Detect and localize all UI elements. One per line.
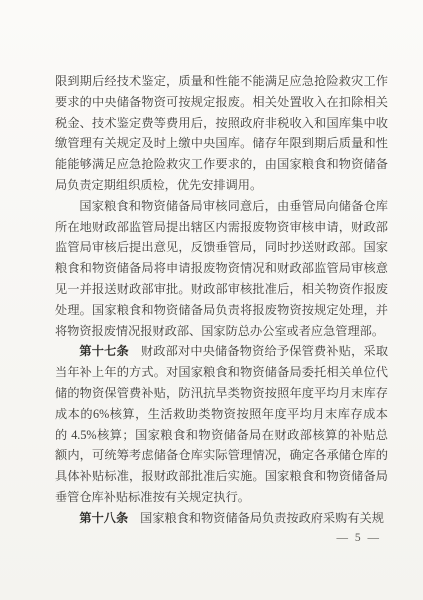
paragraph-text: 限到期后经技术鉴定，质量和性能不能满足应急抢险救灾工作要求的中央储备物资可按规定… [55,74,388,192]
paragraph-continuation: 限到期后经技术鉴定，质量和性能不能满足应急抢险救灾工作要求的中央储备物资可按规定… [55,71,388,196]
paragraph-text: 财政部对中央储备物资给予保管费补贴，采取当年补上年的方式。对国家粮食和物资储备局… [55,344,388,504]
paragraph-text: 国家粮食和物资储备局负责按政府采购有关规 [140,511,384,525]
paragraph-text: 国家粮食和物资储备局审核同意后，由垂管局向储备仓库所在地财政部监管局提出辖区内需… [55,199,388,338]
document-page: 限到期后经技术鉴定，质量和性能不能满足应急抢险救灾工作要求的中央储备物资可按规定… [0,0,423,600]
paragraph-article-18: 第十八条国家粮食和物资储备局负责按政府采购有关规 [55,508,388,529]
document-body-text: 限到期后经技术鉴定，质量和性能不能满足应急抢险救灾工作要求的中央储备物资可按规定… [55,71,388,529]
article-number-label: 第十七条 [79,344,128,358]
paragraph-article-17: 第十七条财政部对中央储备物资给予保管费补贴，采取当年补上年的方式。对国家粮食和物… [55,341,388,507]
article-number-label: 第十八条 [79,511,128,525]
scanned-document-page: { "document": { "paragraphs": [ { "lead"… [0,0,423,600]
page-number: — 5 — [337,532,382,544]
paragraph: 国家粮食和物资储备局审核同意后，由垂管局向储备仓库所在地财政部监管局提出辖区内需… [55,196,388,342]
